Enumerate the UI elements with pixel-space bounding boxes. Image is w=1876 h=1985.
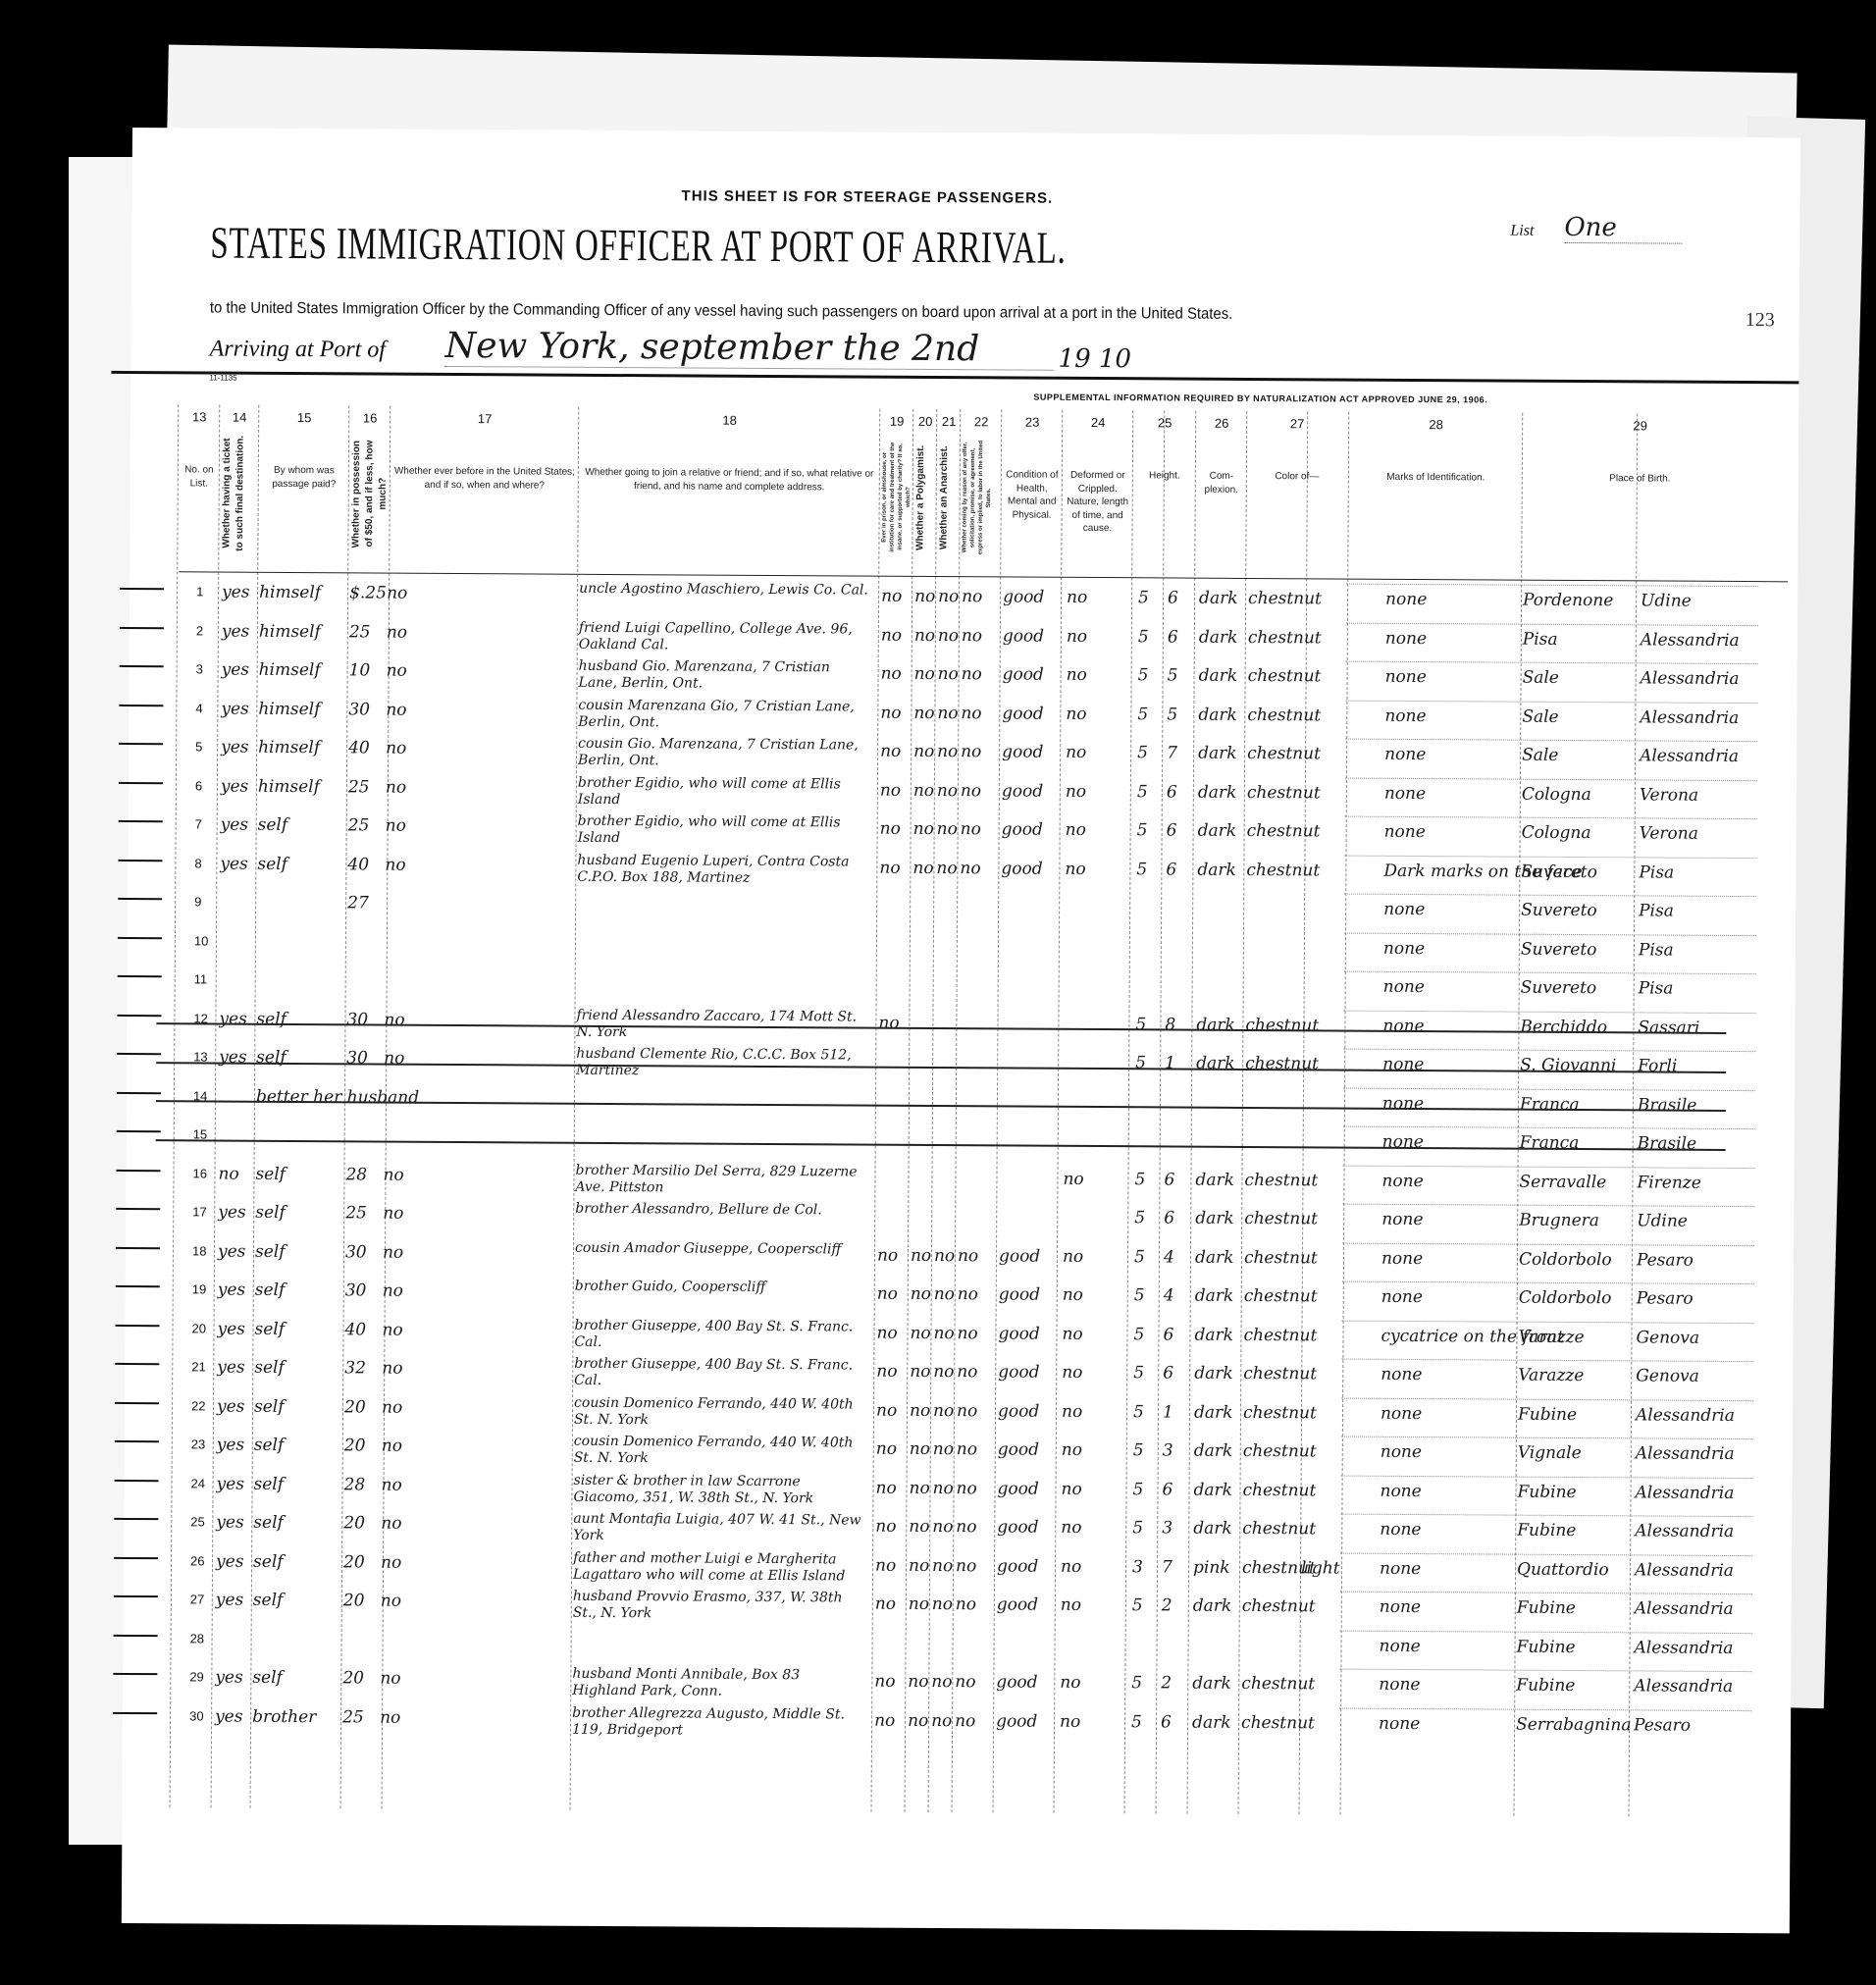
cell-money: 25 [349, 622, 371, 642]
column-header: By whom was passage paid? [260, 464, 348, 492]
cell-complexion: dark [1192, 1712, 1231, 1732]
cell-marks: none [1381, 1365, 1422, 1384]
cell-join: husband Monti Annibale, Box 83 Highland … [572, 1666, 866, 1701]
cell-join: brother Guido, Cooperscliff [575, 1279, 869, 1297]
cell-c20: no [913, 780, 934, 800]
cell-c21: no [937, 819, 958, 839]
cell-money: 20 [343, 1552, 365, 1572]
row-marker [113, 1711, 157, 1713]
cell-health: good [1002, 781, 1043, 801]
column-number: 22 [962, 414, 1001, 429]
cell-c20: no [909, 1478, 929, 1497]
cell-health: good [996, 1672, 1037, 1692]
column-number: 13 [180, 409, 219, 424]
cell-join: father and mother Luigi e Margherita Lag… [573, 1549, 867, 1585]
cell-money: 30 [348, 700, 370, 719]
cell-complexion: dark [1195, 1247, 1234, 1267]
cell-city: Alessandria [1636, 1405, 1735, 1426]
cell-feet: 5 [1138, 588, 1149, 607]
cell-city: Pesaro [1637, 1250, 1694, 1270]
cell-ticket: yes [217, 1319, 245, 1338]
cell-c20: no [910, 1323, 930, 1342]
cell-hair: chestnut [1242, 1596, 1316, 1616]
cell-inches: 6 [1168, 588, 1178, 607]
cell-ticket: yes [218, 1203, 246, 1223]
cell-deformed: no [1062, 1401, 1082, 1421]
cell-country: Sale [1523, 668, 1559, 688]
cell-money: 40 [347, 855, 369, 874]
cell-c20: no [909, 1594, 929, 1614]
cell-feet: 5 [1137, 820, 1148, 840]
row-marker [117, 1014, 161, 1016]
row-number: 12 [193, 1011, 208, 1025]
column-number: 28 [1350, 417, 1522, 433]
row-number: 25 [190, 1514, 205, 1529]
cell-deformed: no [1062, 1324, 1082, 1343]
cell-marks: none [1381, 1287, 1423, 1307]
cell-complexion: dark [1197, 860, 1236, 879]
row-marker [120, 588, 164, 590]
row-marker [115, 1401, 159, 1403]
cell-join: brother Giuseppe, 400 Bay St. S. Franc. … [574, 1317, 868, 1352]
cell-ticket: yes [221, 738, 249, 757]
row-number: 22 [191, 1398, 206, 1413]
column-header: Com-plexion. [1197, 470, 1246, 496]
cell-ticket: yes [218, 1241, 246, 1261]
cell-deformed: no [1061, 1518, 1081, 1538]
cell-inches: 6 [1166, 860, 1176, 879]
cell-city: Verona [1640, 823, 1698, 843]
cell-c19: no [880, 703, 901, 722]
year: 19 10 [1058, 344, 1131, 374]
cell-complexion: dark [1195, 1209, 1234, 1228]
cell-c22: no [958, 1246, 978, 1266]
cell-hair: chestnut [1242, 1480, 1316, 1499]
cell-paid-by: self [255, 1164, 286, 1183]
cell-ticket: yes [222, 660, 250, 680]
cell-c19: no [877, 1284, 898, 1304]
cell-inches: 1 [1163, 1402, 1173, 1422]
cell-complexion: dark [1192, 1674, 1231, 1694]
column-number: 26 [1197, 416, 1246, 431]
cell-c20: no [914, 587, 935, 606]
cell-city: Genova [1636, 1366, 1699, 1385]
row-marker [114, 1556, 158, 1558]
cell-health: good [1002, 819, 1043, 839]
cell-hair: chestnut [1244, 1209, 1318, 1228]
row-marker [119, 704, 163, 705]
cell-c21: no [937, 704, 958, 723]
cell-feet: 5 [1137, 782, 1148, 802]
cell-deformed: no [1062, 1440, 1082, 1460]
cell-paid-by: self [252, 1668, 283, 1688]
cell-marks: none [1382, 1016, 1424, 1035]
cell-health: good [997, 1594, 1038, 1614]
cell-complexion: dark [1193, 1480, 1232, 1499]
cell-inches: 8 [1165, 1015, 1175, 1034]
column-header: Whether an Anarchist. [937, 439, 960, 556]
cell-inches: 7 [1167, 743, 1177, 762]
cell-c20: no [911, 1245, 931, 1265]
cell-hair: chestnut [1245, 1015, 1319, 1034]
cell-city: Pesaro [1634, 1715, 1691, 1735]
column-number: 27 [1248, 416, 1346, 432]
cell-c20: no [908, 1672, 928, 1692]
column-header: Color of— [1248, 470, 1346, 484]
cell-feet: 5 [1132, 1480, 1143, 1499]
cell-c21: no [938, 664, 959, 684]
cell-feet: 5 [1133, 1440, 1144, 1460]
list-value: One [1564, 213, 1682, 244]
cell-inches: 6 [1161, 1712, 1172, 1732]
cell-c21: no [936, 859, 957, 878]
cell-money: 40 [348, 738, 370, 757]
cell-feet: 5 [1133, 1402, 1144, 1422]
cell-before: no [382, 1359, 402, 1379]
row-number: 6 [195, 778, 202, 793]
cell-join: uncle Agostino Maschiero, Lewis Co. Cal. [579, 581, 873, 600]
cell-c21: no [934, 1246, 955, 1266]
row-number: 13 [193, 1049, 208, 1064]
cell-join: brother Alessandro, Bellure de Col. [575, 1201, 869, 1220]
cell-c21: no [932, 1479, 953, 1498]
cell-c22: no [961, 819, 981, 839]
cell-paid-by: self [253, 1474, 284, 1493]
cell-inches: 4 [1164, 1285, 1174, 1305]
cell-marks: none [1384, 745, 1426, 764]
cell-paid-by: himself [258, 738, 320, 757]
cell-money: 27 [347, 893, 369, 913]
row-marker [116, 1208, 160, 1210]
cell-marks: none [1383, 900, 1425, 919]
cell-inches: 5 [1168, 665, 1178, 685]
cell-deformed: no [1060, 1711, 1080, 1731]
cell-deformed: no [1066, 781, 1086, 801]
cell-hair: chestnut [1241, 1674, 1315, 1694]
cell-marks: none [1381, 1403, 1422, 1423]
manifest-sheet: THIS SHEET IS FOR STEERAGE PASSENGERS. S… [122, 128, 1800, 1933]
cell-c22: no [956, 1517, 976, 1537]
cell-paid-by: self [258, 815, 288, 835]
cell-c20: no [910, 1439, 930, 1459]
cell-paid-by: himself [259, 660, 321, 680]
cell-c19: no [881, 625, 902, 645]
cell-money: 30 [346, 1048, 368, 1068]
column-number: 14 [221, 410, 258, 425]
cell-complexion: dark [1193, 1519, 1232, 1539]
cell-paid-by: himself [258, 699, 320, 718]
cell-inches: 2 [1162, 1595, 1172, 1615]
cell-hair: chestnut [1248, 627, 1322, 647]
cell-c20: no [914, 625, 935, 645]
row-marker [117, 1091, 161, 1093]
cell-marks: none [1385, 628, 1427, 648]
cell-join: husband Provvio Erasmo, 337, W. 38th St.… [573, 1589, 867, 1624]
cell-deformed: no [1067, 626, 1087, 646]
row-marker [114, 1634, 158, 1636]
cell-marks: none [1379, 1675, 1420, 1695]
cell-deformed: no [1063, 1285, 1083, 1305]
cell-c22: no [958, 1284, 978, 1304]
cell-marks: none [1384, 783, 1426, 803]
cell-marks: none [1380, 1481, 1421, 1500]
column-number: 15 [260, 410, 348, 426]
cell-paid-by: self [256, 1009, 287, 1028]
cell-ticket: yes [216, 1551, 244, 1571]
cell-ticket: yes [215, 1706, 243, 1726]
cell-city: Alessandria [1640, 707, 1739, 728]
cell-c19: no [876, 1362, 897, 1382]
cell-join: cousin Gio. Marenzana, 7 Cristian Lane, … [578, 736, 872, 771]
cell-feet: 5 [1134, 1247, 1145, 1267]
cell-country: Fubine [1517, 1521, 1576, 1541]
cell-join: cousin Marenzana Gio, 7 Cristian Lane, B… [578, 697, 872, 732]
cell-feet: 5 [1132, 1518, 1143, 1538]
cell-paid-by: himself [259, 583, 321, 602]
cell-c22: no [962, 587, 982, 606]
cell-inches: 6 [1164, 1208, 1174, 1228]
cell-ticket: no [218, 1164, 238, 1183]
cell-country: Vignale [1518, 1443, 1582, 1463]
cell-c20: no [913, 742, 934, 761]
cell-c22: no [957, 1324, 977, 1343]
row-marker [116, 1285, 160, 1287]
cell-health: good [1002, 742, 1043, 761]
row-marker [118, 859, 162, 861]
cell-feet: 5 [1134, 1208, 1145, 1228]
cell-hair: chestnut [1243, 1441, 1317, 1461]
column-header: Whether ever before in the United States… [391, 465, 578, 493]
cell-ticket: yes [215, 1668, 243, 1688]
cell-country: Coldorbolo [1519, 1288, 1612, 1309]
cell-health: good [997, 1479, 1038, 1498]
cell-city: Sassari [1638, 1018, 1699, 1037]
cell-join [573, 1627, 867, 1629]
cell-money: 30 [345, 1280, 367, 1300]
cell-complexion: dark [1196, 1015, 1235, 1034]
cell-complexion: dark [1198, 821, 1237, 841]
cell-health: good [1002, 704, 1043, 723]
cell-c22: no [961, 704, 981, 723]
cell-complexion: dark [1195, 1286, 1234, 1306]
cell-join [577, 968, 871, 970]
cell-inches: 2 [1161, 1673, 1172, 1693]
cell-before: no [382, 1320, 402, 1339]
cell-join: brother Egidio, who will come at Ellis I… [578, 813, 872, 849]
cell-city: Forli [1638, 1056, 1677, 1075]
cell-complexion: dark [1194, 1325, 1233, 1344]
cell-health: good [997, 1556, 1038, 1576]
cell-hair: chestnut [1244, 1247, 1318, 1267]
cell-hair: chestnut [1244, 1170, 1318, 1189]
cell-c21: no [932, 1517, 953, 1537]
cell-c21: no [932, 1594, 953, 1614]
cell-c22: no [957, 1401, 977, 1421]
cell-complexion: dark [1198, 705, 1237, 724]
cell-marks: none [1380, 1558, 1421, 1578]
cell-marks: none [1385, 667, 1427, 687]
cell-city: Pisa [1639, 862, 1674, 882]
cell-deformed: no [1062, 1363, 1082, 1383]
cell-country: Suvereto [1521, 939, 1597, 959]
row-marker [120, 626, 164, 628]
cell-ticket: yes [216, 1591, 244, 1610]
cell-city: Alessandria [1635, 1521, 1734, 1541]
cell-c21: no [933, 1439, 954, 1459]
cell-health: good [999, 1284, 1040, 1304]
cell-money: 25 [348, 777, 370, 797]
cell-before: no [385, 855, 405, 874]
cell-c21: no [931, 1672, 952, 1692]
row-number: 17 [192, 1204, 207, 1219]
cell-health: good [997, 1517, 1038, 1537]
cell-ticket: yes [221, 699, 249, 718]
cell-feet: 5 [1137, 705, 1148, 724]
cell-feet: 5 [1132, 1595, 1143, 1615]
cell-city: Alessandria [1635, 1483, 1734, 1503]
cell-hair: chestnut [1243, 1402, 1317, 1422]
cell-before: no [387, 661, 407, 681]
row-number: 20 [191, 1321, 206, 1335]
cell-feet: 3 [1132, 1557, 1143, 1577]
cell-city: Pisa [1639, 978, 1674, 998]
cell-join [576, 1123, 870, 1125]
cell-join: sister & brother in law Scarrone Giacomo… [573, 1472, 867, 1507]
row-number: 29 [189, 1669, 204, 1684]
cell-join: cousin Amador Giuseppe, Cooperscliff [575, 1239, 869, 1258]
cell-hair: chestnut [1245, 1054, 1319, 1073]
cell-money: 20 [344, 1436, 366, 1455]
cell-paid-by: self [253, 1551, 284, 1571]
cell-complexion: dark [1199, 589, 1238, 608]
row-marker [118, 975, 162, 977]
cell-city: Alessandria [1640, 746, 1739, 766]
row-marker [113, 1673, 157, 1675]
cell-hair: chestnut [1247, 705, 1321, 724]
cell-hair: chestnut [1242, 1519, 1316, 1539]
cell-paid-by: self [255, 1203, 286, 1223]
cell-marks: none [1385, 590, 1427, 609]
cell-marks: none [1380, 1636, 1421, 1655]
cell-c19: no [875, 1594, 896, 1614]
cell-inches: 6 [1167, 820, 1177, 840]
cell-money: 32 [344, 1358, 366, 1378]
cell-before: no [381, 1475, 401, 1494]
cell-country: Suvereto [1521, 978, 1597, 998]
cell-c19: no [875, 1517, 896, 1537]
list-label: List [1510, 223, 1534, 240]
cell-health: good [998, 1362, 1039, 1382]
cell-c21: no [937, 781, 958, 801]
cell-inches: 6 [1164, 1170, 1174, 1189]
cell-before: no [383, 1204, 403, 1224]
row-marker [116, 1246, 160, 1248]
cell-country: Sale [1522, 706, 1558, 726]
cell-c19: no [874, 1710, 895, 1730]
cell-before: no [380, 1707, 400, 1727]
column-number: 18 [580, 412, 879, 429]
cell-before: no [386, 739, 406, 758]
cell-c19: no [880, 819, 901, 839]
cell-c20: no [908, 1710, 928, 1730]
cell-paid-by: brother [252, 1706, 316, 1726]
column-header: Whether coming by reason of any offer, s… [961, 439, 1001, 556]
cell-c21: no [937, 742, 958, 761]
cell-inches: 5 [1167, 705, 1177, 724]
cell-c19: no [876, 1439, 897, 1459]
cell-hair: chestnut [1248, 666, 1322, 686]
column-header: Whether going to join a relative or frie… [580, 466, 879, 495]
cell-c19: no [880, 742, 901, 761]
cell-deformed: no [1066, 743, 1086, 762]
cell-paid-by: better her husband [256, 1086, 419, 1107]
cell-c20: no [911, 1284, 931, 1304]
row-number: 23 [191, 1437, 206, 1451]
cell-country: Pordenone [1523, 591, 1613, 611]
cell-country: Fubine [1517, 1482, 1576, 1501]
cell-money: 30 [345, 1242, 367, 1262]
cell-country: Brugnera [1519, 1211, 1599, 1230]
cell-city: Alessandria [1635, 1638, 1734, 1658]
cell-inches: 6 [1163, 1325, 1173, 1344]
cell-country: Suvereto [1521, 901, 1597, 920]
cell-c19: no [878, 1013, 899, 1032]
cell-complexion: dark [1194, 1364, 1233, 1384]
cell-c20: no [913, 819, 934, 839]
cell-c21: no [931, 1711, 952, 1731]
cell-country: Sale [1522, 746, 1558, 765]
cell-c20: no [914, 664, 935, 684]
cell-hair: chestnut [1243, 1364, 1317, 1384]
form-number: 11-1135 [209, 373, 236, 382]
cell-c20: no [909, 1555, 929, 1575]
cell-country: Berchiddo [1520, 1017, 1607, 1037]
cell-c19: no [880, 780, 901, 800]
cell-before: no [383, 1165, 403, 1184]
cell-feet: 5 [1136, 860, 1147, 879]
cell-city: Genova [1636, 1328, 1699, 1347]
cell-ticket: yes [216, 1513, 244, 1533]
row-number: 14 [193, 1088, 208, 1103]
cell-complexion: dark [1194, 1402, 1233, 1422]
column-header: Whether in possession of $50, and if les… [349, 435, 390, 552]
cell-money: $.25 [349, 583, 387, 602]
cell-before: no [382, 1397, 402, 1417]
row-marker [118, 898, 162, 900]
cell-paid-by: self [253, 1591, 284, 1610]
cell-country: Fubine [1517, 1598, 1576, 1618]
cell-country: Fubine [1516, 1676, 1575, 1696]
cell-complexion: dark [1195, 1170, 1234, 1189]
cell-before: no [380, 1669, 400, 1689]
cell-ticket: yes [222, 621, 250, 641]
column-number: 21 [938, 414, 960, 429]
cell-c20: no [910, 1400, 930, 1420]
column-header: Whether having a ticket to such final de… [220, 435, 258, 552]
cell-c21: no [933, 1401, 954, 1421]
cell-marks: none [1383, 977, 1425, 997]
cell-c19: no [881, 587, 902, 606]
cell-health: good [998, 1401, 1039, 1421]
cell-join: brother Giuseppe, 400 Bay St. S. Franc. … [574, 1356, 868, 1391]
row-number: 30 [189, 1708, 204, 1723]
row-number: 7 [195, 816, 202, 831]
cell-c21: no [938, 626, 959, 646]
cell-join: friend Alessandro Zaccaro, 174 Mott St. … [576, 1007, 870, 1042]
cell-marks: none [1381, 1442, 1422, 1462]
cell-paid-by: himself [259, 621, 321, 641]
cell-country: Varazze [1518, 1366, 1584, 1385]
